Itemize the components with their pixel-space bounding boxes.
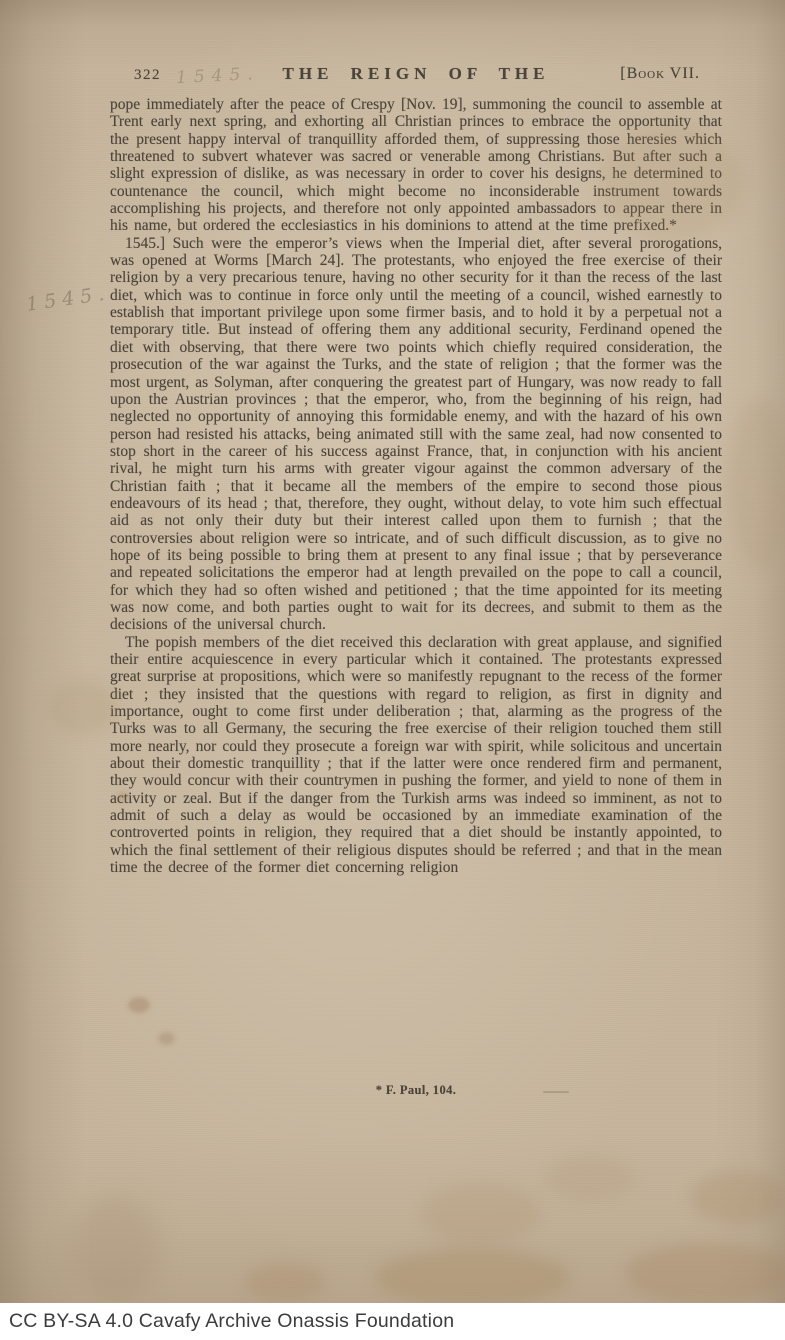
stain (728, 400, 785, 570)
stain (625, 1242, 785, 1303)
stain (690, 1170, 785, 1225)
bleedthrough-mark (543, 1091, 569, 1093)
page-header: 322 1545. THE REIGN OF THE [Book VII. (0, 64, 785, 92)
paragraph-3: The popish members of the diet received … (110, 634, 722, 877)
stain (598, 125, 743, 240)
foxing-spot (70, 1195, 160, 1303)
stain (375, 1248, 570, 1303)
stain (245, 1262, 325, 1302)
stain (48, 680, 118, 735)
pencil-annotation-margin: 1545. (25, 282, 112, 316)
foxing-spot (128, 997, 150, 1013)
foxing-spot (158, 1032, 175, 1045)
paragraph-2: 1545.] Such were the emperor’s views whe… (110, 235, 722, 634)
footnote: * F. Paul, 104. (110, 1083, 722, 1098)
book-volume-label: [Book VII. (620, 65, 700, 83)
scanned-book-page: 322 1545. THE REIGN OF THE [Book VII. 15… (0, 0, 785, 1303)
foxing-spot (117, 792, 129, 802)
license-bar: CC BY-SA 4.0 Cavafy Archive Onassis Foun… (0, 1303, 785, 1340)
stain (545, 1155, 635, 1200)
license-text: CC BY-SA 4.0 Cavafy Archive Onassis Foun… (9, 1303, 454, 1339)
stain (420, 1182, 540, 1244)
